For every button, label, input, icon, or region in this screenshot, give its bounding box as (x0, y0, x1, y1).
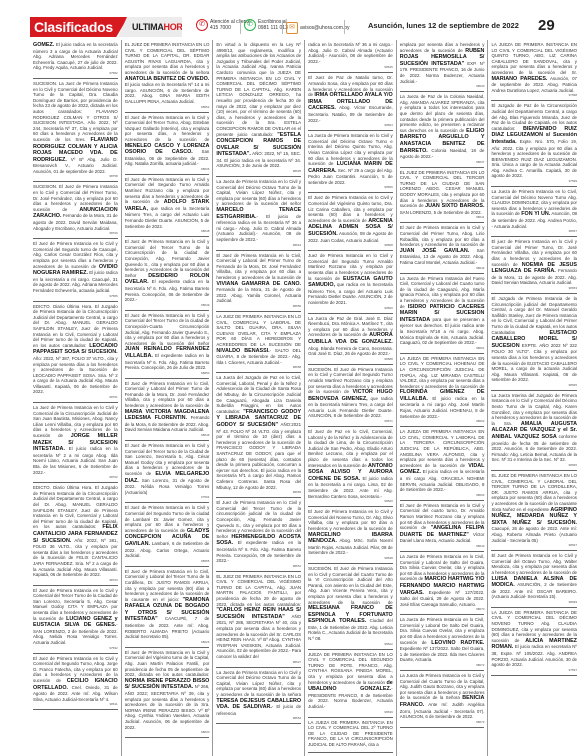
classified-notice: La Jueza de Primera Instancia en lo Civi… (216, 668, 301, 725)
notice-text: Nº 266, AÑO 2022; SECRETARIA Nº 39, cita… (125, 684, 210, 729)
classified-notice: EL JUEZ DE PRIMERA INSTANCIA EN LO CIVIL… (400, 168, 485, 224)
notice-text: Abog. Blanda Ferreira de Cano, Secretari… (308, 346, 393, 357)
notice-code: 97598 (491, 93, 577, 97)
notice-text: LA JUEZ DE PRIMERA INSTANCIA EN LO CIVIL… (216, 314, 301, 347)
notice-code: 98760 (33, 231, 118, 235)
notice-text: El Juez de Primera Instancia en lo Civil… (491, 553, 577, 575)
whatsapp-icon: ✆ (244, 19, 256, 31)
deceased-name: FON YI UN. (521, 211, 550, 217)
classified-notice: GOMEZ. El juicio radica en la secretaría… (33, 40, 118, 79)
classified-notice: La Jueza de Primera Instancia en lo Civi… (308, 131, 393, 193)
notice-code: 98670 (400, 607, 485, 611)
classified-notice: El Juez de Primera Instancia en lo Civil… (308, 193, 393, 251)
notice-code: 98668 (308, 243, 393, 247)
notice-code: 98622 (308, 642, 393, 646)
notice-code: 97594 (125, 495, 210, 499)
notice-code: 98662 (400, 419, 485, 423)
notice-text: La Jueza de Primera Instancia en lo Civi… (216, 670, 301, 697)
notice-code: 98626 (125, 640, 210, 644)
column-2: EL JUEZ DE PRIMERA INSTANCIA EN LO CIVIL… (122, 40, 214, 756)
classified-notice: El Juez de Primera Instancia en lo Civil… (400, 501, 485, 552)
classified-notice: La Jueza de Paz de Gral. José E. Díaz Ñe… (308, 314, 393, 365)
divider (344, 20, 345, 34)
notice-code: 97582 (33, 71, 118, 75)
classified-notice: El Juez de Primera Instancia en lo Civil… (33, 586, 118, 654)
classified-notice: El Juez de Primera Instancia en lo Civil… (216, 251, 301, 312)
notice-code: 98640 (400, 84, 485, 88)
notice-code: 98637 (400, 160, 485, 164)
notice-code: 98659 (216, 490, 301, 494)
notice-code: 97586 (33, 294, 118, 298)
notice-code: 98671 (308, 419, 393, 423)
notice-text: AÑO 2021, Nº 286, SECRETARIA Nº 40, cita… (216, 614, 301, 659)
notice-text: Expediente Nº 137/2022. Salto Del Guaira… (400, 646, 485, 662)
notice-code: 98762 (33, 475, 118, 479)
notice-code: 98650 (125, 371, 210, 375)
notice-code: 98649 (125, 303, 210, 307)
notice-text: SAN LORENZO, 5 de Setiembre de 2022. (400, 210, 482, 215)
classified-notice: SUCESIÓN. El Juez de Primera Instancia e… (308, 365, 393, 427)
notice-code: 98652 (125, 105, 210, 109)
notice-code: 98758 (33, 174, 118, 178)
notice-text: SUCESIÓN. El Juez de Primera Instancia e… (308, 566, 393, 605)
notice-code: 98665 (491, 383, 577, 387)
notice-code: 98664 (308, 123, 393, 127)
column-4: radica en la Secretaría Nº 36 a mi cargo… (305, 40, 397, 756)
classified-notice: El Juez de Primera Instancia en lo Civil… (125, 311, 210, 379)
notice-text: El Juez de Primera Instancia en lo Civil… (125, 650, 210, 677)
notice-code: 98635 (216, 169, 301, 173)
notice-text: EDICTO. Diario Última Hora. El Juzgado d… (33, 304, 118, 348)
notice-code: 98645 (308, 65, 393, 69)
notice-text: JUEZA DE PRIMERA INSTANCIA EN LO CIVIL Y… (308, 652, 393, 685)
classified-notice: En virtud a lo dispuesto en la Ley Nº 49… (216, 40, 301, 177)
notice-code: 98641 (400, 215, 485, 219)
notice-text: El Juez de Primera Instancia en lo Civil… (125, 381, 210, 408)
notice-code: 98669 (491, 600, 577, 604)
notice-text: El Juez de Primera Instancia en lo Civil… (216, 253, 301, 280)
classified-notice: Juez de Primera Instancia en lo Civil y … (308, 251, 393, 313)
classified-notice: La Jueza de Primera Instancia en lo Civi… (400, 671, 485, 728)
classified-notice: El Juzgado de Paz de la Circunscripción … (491, 101, 577, 187)
notice-code: 98630 (125, 730, 210, 734)
divider (240, 20, 241, 34)
notice-text: Año: 2022, Nº 381, FOLIO 36 VLTO., cita … (33, 538, 118, 578)
notice-text: El Juez de Primera Instancia en lo Civil… (308, 509, 393, 531)
notice-code: 98656 (216, 304, 301, 308)
notice-code: 98657 (491, 229, 577, 233)
newspaper-logo: ULTIMAHORA (118, 17, 182, 37)
notice-code: 98763 (33, 578, 118, 582)
notice-text: El Juez de Primera Instancia en lo Civil… (400, 225, 485, 247)
notice-code: 98653 (491, 286, 577, 290)
notice-text: LA JUEZA DE PRIMERA INSTANCIA EN LO CIVI… (491, 42, 577, 75)
column-5: emplaza por sesenta días a herederos y a… (397, 40, 489, 756)
deceased-name: ANATOLIA BENITEZ DE OVIEDO. (125, 76, 210, 82)
classified-notice: EL JUEZ DE PRIMERA INSTANCIA EN LO CIVIL… (216, 572, 301, 668)
classified-notice: EDICTO. Diario Última Hora. El Juzgado d… (33, 302, 118, 404)
notice-code: 98654 (216, 716, 301, 720)
phone-icon: ✆ (196, 19, 208, 31)
classified-notice: SUCESIÓN. El Juez de Primera Instancia e… (308, 564, 393, 650)
notice-code: 98639 (308, 710, 393, 714)
classified-notice: radica en la Secretaría Nº 36 a mi cargo… (308, 40, 393, 73)
notice-code: 98651 (216, 564, 301, 568)
notice-code: 98655 (125, 559, 210, 563)
classified-notice: El Juez de Primera Instancia en lo Civil… (125, 175, 210, 237)
notice-code: 98648 (125, 229, 210, 233)
classified-notice: El Juez de Primera Instancia en lo Civil… (125, 648, 210, 738)
classified-notice: emplaza por sesenta días a herederos y a… (400, 40, 485, 92)
section-title: Clasificados (30, 17, 128, 37)
classified-notice: EL JUEZ DE PRIMERA INSTANCIA EN LO CIVIL… (491, 471, 577, 551)
notice-code: 98644 (216, 243, 301, 247)
deceased-name: JUAN SIXTO BARROS. (425, 203, 484, 209)
classified-notice: El Juez de Primera Instancia en lo Civil… (400, 223, 485, 273)
classified-notice: El Juzgado de Primera Instancia de la Ci… (491, 294, 577, 391)
classified-notice: El Juez de Primera Instancia en lo Civil… (33, 654, 118, 711)
notice-code: 98588 (308, 357, 393, 361)
notice-code: 98638 (308, 556, 393, 560)
divider (282, 20, 283, 34)
classified-notice: LA JUEZA DE PRIMERA INSTANCIA DE CIVIL Y… (491, 608, 577, 676)
classified-notice: SUCESION. El Juez de Primera Instancia e… (33, 182, 118, 239)
classified-notice: La Juez de Primera Instancia en lo Civil… (33, 403, 118, 483)
notice-text: EXPTE. AÑO 2022 Nº 322 FOLIO 30 VLTO". C… (491, 343, 577, 383)
notice-code: 98646 (125, 433, 210, 437)
deceased-name: JUAN JOSÉ GAVILAN. (400, 248, 470, 254)
column-3: En virtud a lo dispuesto en la Ley Nº 49… (213, 40, 305, 756)
notice-text: LA JUEZA DE PRIMERA INSTANCIA EN LO CIVI… (308, 720, 393, 747)
notice-text: La Jueza de Primera Instancia en lo Civi… (216, 179, 301, 206)
publication-date: Asunción, lunes 12 de septiembre de 2022 (368, 21, 519, 30)
classified-notice: La Jueza del Juzgado de Paz en lo Civil,… (216, 373, 301, 498)
notice-text: Caacupé, 26 de agosto de 2022. Ante mí: … (491, 526, 577, 542)
notice-text: Año: 2022, Nº 387, FOLIO 37 VLTO., cita … (33, 356, 118, 395)
notice-code: 98661 (400, 346, 485, 350)
mail-icon: ✉ (286, 22, 298, 34)
notice-text: El Juez de Primera Instancia en lo Civil… (125, 115, 210, 142)
notice-text: EDICTO. Diario Última Hora. El Juzgado d… (33, 485, 118, 529)
classified-notice: El Juez de Primera Instancia en lo Civil… (125, 503, 210, 566)
classified-notice: EDICTO. Diario Última Hora. El Juzgado d… (33, 483, 118, 586)
notice-code: 98627 (216, 660, 301, 664)
classified-notice: JUEZA DE PRIMERA INSTANCIA EN LO CIVIL Y… (308, 650, 393, 718)
deceased-name: GOMEZ. (33, 42, 54, 48)
page-header: Clasificados ULTIMAHORA ✆ Atención al cl… (0, 17, 580, 37)
notice-code: 98643 (400, 544, 485, 548)
notice-code: 97597 (491, 668, 577, 672)
notice-code: 98620 (308, 499, 393, 503)
classified-notice: LA JUEZA DE PRIMERA INSTANCIA EN LO CIVI… (308, 718, 393, 753)
notice-text: EL JUEZ DE PRIMERA INSTANCIA EN LO CIVIL… (216, 574, 301, 607)
deceased-name: LEOVINO RADTKE. (431, 640, 484, 646)
classified-notice: El Juez de Primera Instancia en lo Civil… (125, 113, 210, 175)
notice-code: 98656 (308, 185, 393, 189)
classified-notice: El Juez de Primera Instancia en lo Civil… (125, 567, 210, 648)
notice-text: El Juez de Primera Instancia en lo Civil… (125, 313, 210, 346)
classified-notice: La Jueza de Primera Instancia en lo Civi… (400, 552, 485, 615)
column-1: GOMEZ. El juicio radica en la secretaría… (30, 40, 122, 756)
classified-notice: El Juez de Primera Instancia en lo Civil… (308, 507, 393, 564)
notice-text: AÑO:2021 Nº 43. FOLIO Nº 24 VLTO. cita y… (216, 422, 301, 490)
email-contact: ✉ avisos@uhora.com.py (286, 22, 350, 34)
classified-notice: LA JUEZA DE PRIMERA INSTANCIA EN LO CIVI… (491, 40, 577, 101)
classified-notice: La Jueza de Paz de la Colonia Naeidad, A… (400, 92, 485, 168)
deceased-name: NIVALDO BENASSI. (216, 348, 269, 354)
classified-notice: LA JUEZA DE PRIMERA INSTANCIA EN LO CIVI… (400, 354, 485, 428)
notice-code: 98658 (216, 365, 301, 369)
notice-text: En virtud a lo dispuesto en la Ley Nº 49… (216, 42, 301, 137)
notice-code: 97599 (491, 179, 577, 183)
classifieds-columns: GOMEZ. El juicio radica en la secretaría… (30, 40, 580, 756)
classified-notice: LA JUEZ DE PRIMERA INSTANCIA EN LO CIVIL… (216, 312, 301, 373)
classified-notice: EL JUEZ DE PRIMERA INSTANCIA EN LO CIVIL… (125, 40, 210, 113)
notice-code: 98667 (491, 543, 577, 547)
notice-text: LA JUEZA DE PRIMERA INSTANCIA EN LO CIVI… (400, 356, 485, 389)
classified-notice: La Jueza de Primera Instancia en lo Civi… (400, 615, 485, 671)
classified-notice: El Juez de Primera Instancia en lo Civil… (216, 498, 301, 572)
classified-notice: La Jueza de Primera Instancia en lo Civi… (491, 187, 577, 237)
classified-notice: El Juez de Primera Instancia en lo Civil… (125, 379, 210, 441)
notice-code: 98636 (125, 167, 210, 171)
notice-code: 98642 (400, 266, 485, 270)
classified-notice: La Jueza Interina del Juzgado de Primera… (491, 391, 577, 471)
notice-code: 98666 (491, 463, 577, 467)
deceased-name: VIVIANA GAMARRA DE CANO. (216, 281, 301, 287)
notice-text: EL JUEZ DE PRIMERA INSTANCIA EN LO CIVIL… (125, 42, 210, 75)
classified-notice: El Juez de Primera Instancia en lo Civil… (125, 441, 210, 503)
notice-code: 98663 (400, 493, 485, 497)
notice-text: Expte. Nro. 570, Folio 19, Año: 2022. Ci… (491, 139, 577, 179)
classified-notice: LA JUEZA DE PRIMERA INSTANCIA EN LO CIVI… (400, 427, 485, 501)
classified-notice: El Juez de Primera Instancia en lo Civil… (491, 551, 577, 608)
classified-notice: La Jueza de Primera Instancia en lo Civi… (216, 177, 301, 251)
notice-code: 98673 (400, 720, 485, 724)
classified-notice: El juez de Primera Instancia en lo Civil… (491, 237, 577, 294)
notice-text: SUCESION. La Juez de Primera Instancia e… (33, 81, 118, 142)
classified-notice: El Juez de Paz de Natalio turno, Dr. Arm… (308, 73, 393, 131)
classified-notice: SUCESION. La Juez de Primera Instancia e… (33, 79, 118, 183)
classified-notice: El Juez de Paz en lo Civil, Comercial, L… (308, 427, 393, 507)
column-6: LA JUEZA DE PRIMERA INSTANCIA EN LO CIVI… (488, 40, 580, 756)
notice-code: 98660 (308, 306, 393, 310)
notice-code: 97592 (33, 646, 118, 650)
notice-text: Fernando de la Mora, 31 de Agosto de 202… (216, 287, 301, 303)
notice-text: El juicio radica en la Secretaría Nº 14 … (125, 82, 210, 104)
notice-code: 98672 (400, 663, 485, 667)
classified-notice: La Jueza de Primera Instancia del Fuero … (400, 274, 485, 354)
page-number: 29 (538, 17, 555, 34)
classified-notice: El Juez de Primera Instancia en lo Civil… (125, 237, 210, 311)
deceased-name: MARIANO PAREDES. (491, 76, 547, 82)
classified-notice: El Juez de Primera Instancia en lo Civil… (33, 239, 118, 301)
notice-code: 98611 (33, 702, 118, 706)
notice-code: 98761 (33, 395, 118, 399)
notice-text: radica en la Secretaría Nº 36 a mi cargo… (308, 42, 393, 64)
